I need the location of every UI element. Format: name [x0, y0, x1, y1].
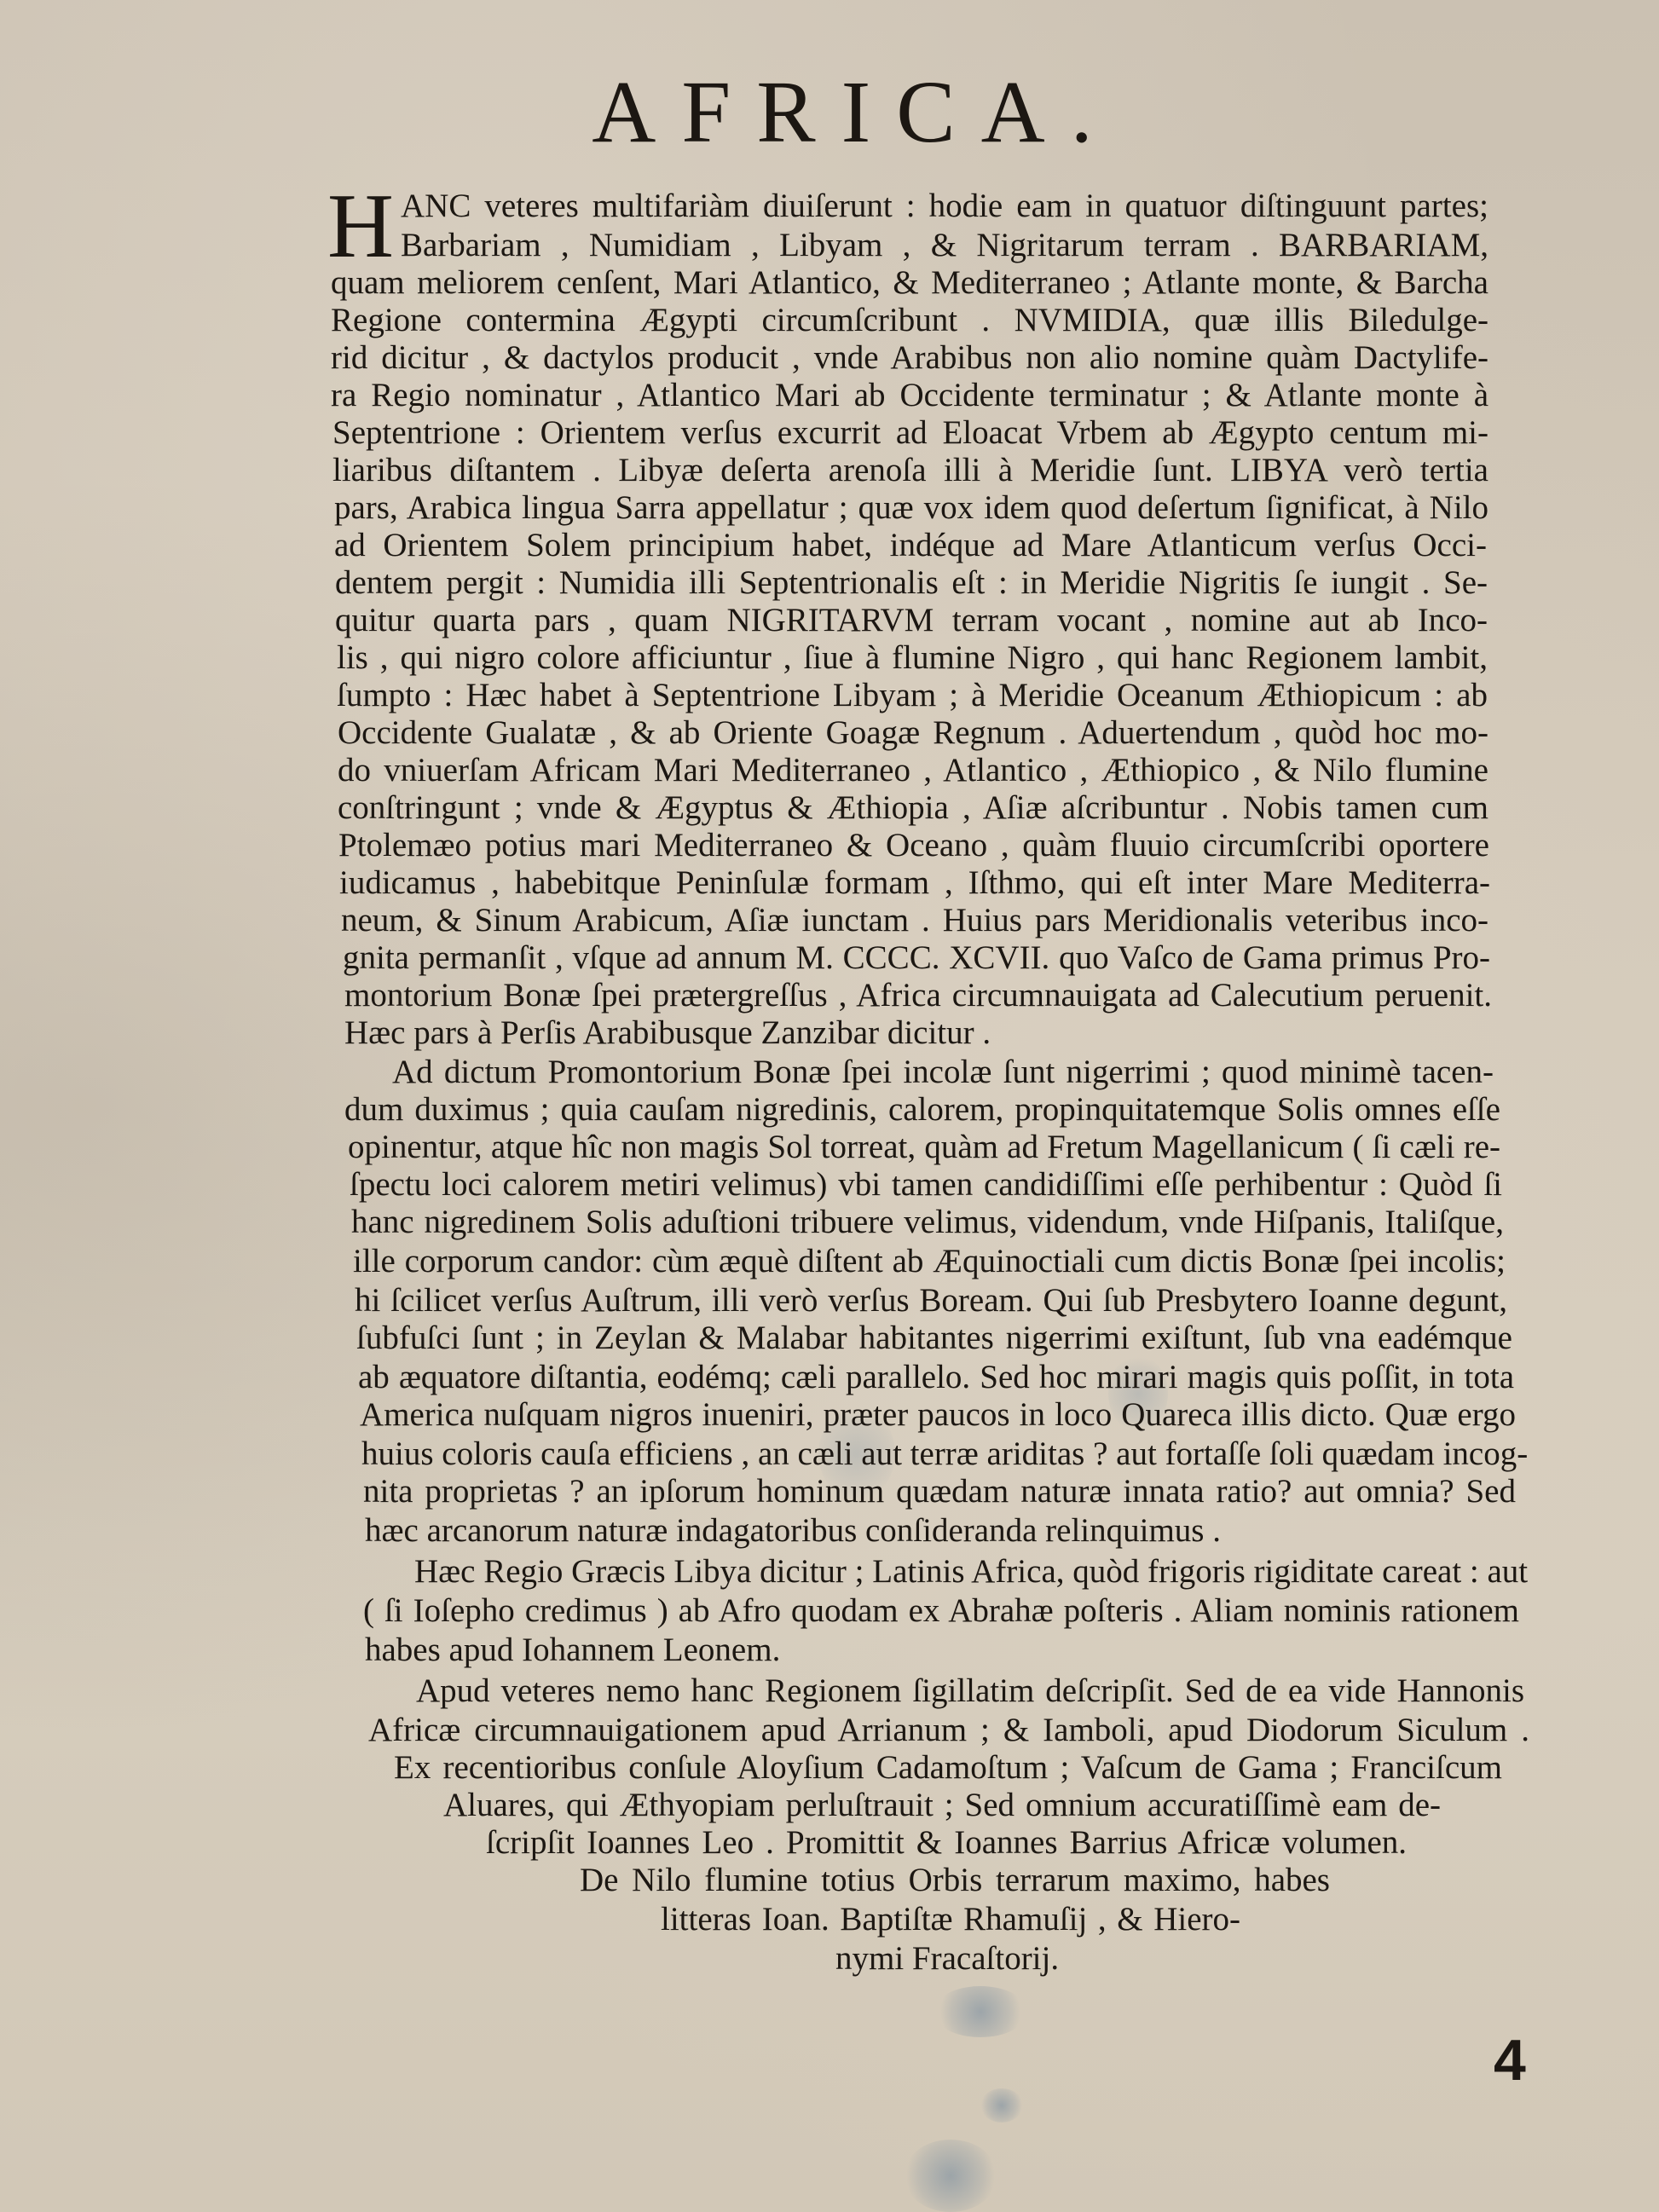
text-line: quitur quarta pars , quam NIGRITARVM ter… [335, 604, 1488, 637]
page-number: 4 [1494, 2027, 1526, 2094]
text-line: ille corporum candor: cùm æquè diſtent a… [353, 1245, 1506, 1278]
text-line: hanc nigredinem Solis aduſtioni tribuere… [351, 1205, 1504, 1239]
text-line: habes apud Iohannem Leonem. [365, 1633, 910, 1666]
text-line: iudicamus , habebitque Peninſulæ formam … [339, 866, 1490, 899]
text-line: ſpectu loci calorem metiri velimus) vbi … [350, 1168, 1502, 1201]
text-line: dum duximus ; quia cauſam nigredinis, ca… [344, 1093, 1500, 1126]
text-line: rid dicitur , & dactylos producit , vnde… [331, 341, 1488, 374]
text-line: Barbariam , Numidiam , Libyam , & Nigrit… [401, 228, 1488, 262]
text-line: ſumpto : Hæc habet à Septentrione Libyam… [337, 679, 1488, 712]
page-title: AFRICA. [0, 61, 1659, 163]
text-line: litteras Ioan. Baptiſtæ Rhamuſij , & Hie… [661, 1903, 1240, 1936]
text-line: pars, Arabica lingua Sarra appellatur ; … [334, 491, 1488, 524]
text-line: ad Orientem Solem principium habet, indé… [334, 528, 1487, 562]
text-line: do vniuerſam Africam Mari Mediterraneo ,… [338, 754, 1488, 787]
text-line: Occidente Gualatæ , & ab Oriente Goagæ R… [338, 716, 1488, 749]
ink-stain [904, 2140, 997, 2212]
text-line: Hæc pars à Perſis Arabibusque Zanzibar d… [344, 1016, 1026, 1049]
ink-stain [934, 1986, 1027, 2037]
text-line: gnita permanſit , vſque ad annum M. CCCC… [343, 941, 1490, 974]
drop-cap: H [327, 181, 394, 273]
text-line: De Nilo flumine totius Orbis terrarum ma… [580, 1863, 1330, 1897]
text-line: huius coloris cauſa efficiens , an cæli … [361, 1437, 1517, 1470]
text-line: ſubfuſci ſunt ; in Zeylan & Malabar habi… [356, 1321, 1512, 1354]
text-line: ab æquatore diſtantia, eodémq; cæli para… [358, 1360, 1514, 1394]
text-line: Regione contermina Ægypti circumſcribunt… [331, 303, 1488, 337]
text-line: ( ſi Ioſepho credimus ) ab Afro quodam e… [363, 1594, 1519, 1627]
text-line: Hæc Regio Græcis Libya dicitur ; Latinis… [414, 1555, 1517, 1588]
text-line: ra Regio nominatur , Atlantico Mari ab O… [331, 378, 1488, 412]
text-line: quam meliorem cenſent, Mari Atlantico, &… [331, 266, 1488, 299]
text-line: hæc arcanorum naturæ indagatoribus conſi… [365, 1514, 1132, 1547]
text-line: Ad dictum Promontorium Bonæ ſpei incolæ … [392, 1055, 1494, 1089]
text-line: America nuſquam nigros inueniri, præter … [360, 1398, 1516, 1431]
text-line: dentem pergit : Numidia illi Septentrion… [335, 566, 1488, 599]
text-line: lis , qui nigro colore afficiuntur , ſiu… [337, 641, 1488, 674]
text-line: hi ſcilicet verſus Auſtrum, illi verò ve… [355, 1284, 1507, 1317]
text-line: Africæ circumnauigationem apud Arrianum … [368, 1713, 1529, 1747]
text-line: liaribus diſtantem . Libyæ deſerta areno… [332, 453, 1488, 487]
text-line: Ex recentioribus conſule Aloyſium Cadamo… [394, 1751, 1502, 1784]
text-line: conſtringunt ; vnde & Ægyptus & Æthiopia… [338, 791, 1488, 824]
ink-stain [980, 2088, 1023, 2122]
text-line: montorium Bonæ ſpei prætergreſſus , Afri… [344, 979, 1492, 1012]
text-line: neum, & Sinum Arabicum, Aſiæ iunctam . H… [341, 904, 1488, 937]
text-line: Apud veteres nemo hanc Regionem ſigillat… [416, 1674, 1524, 1707]
text-line: Ptolemæo potius mari Mediterraneo & Ocea… [338, 829, 1489, 862]
text-line: nymi Fracaſtorij. [835, 1942, 1108, 1975]
text-line: opinentur, atque hîc non magis Sol torre… [348, 1130, 1500, 1164]
text-line: ANC veteres multifariàm diuiſerunt : hod… [401, 189, 1488, 222]
text-line: ſcripſit Ioannes Leo . Promittit & Ioann… [486, 1826, 1407, 1859]
text-line: nita proprietas ? an ipſorum hominum quæ… [363, 1475, 1516, 1508]
text-line: Aluares, qui Æthyopiam perluſtrauit ; Se… [443, 1788, 1441, 1822]
text-line: Septentrione : Orientem verſus excurrit … [332, 416, 1488, 449]
